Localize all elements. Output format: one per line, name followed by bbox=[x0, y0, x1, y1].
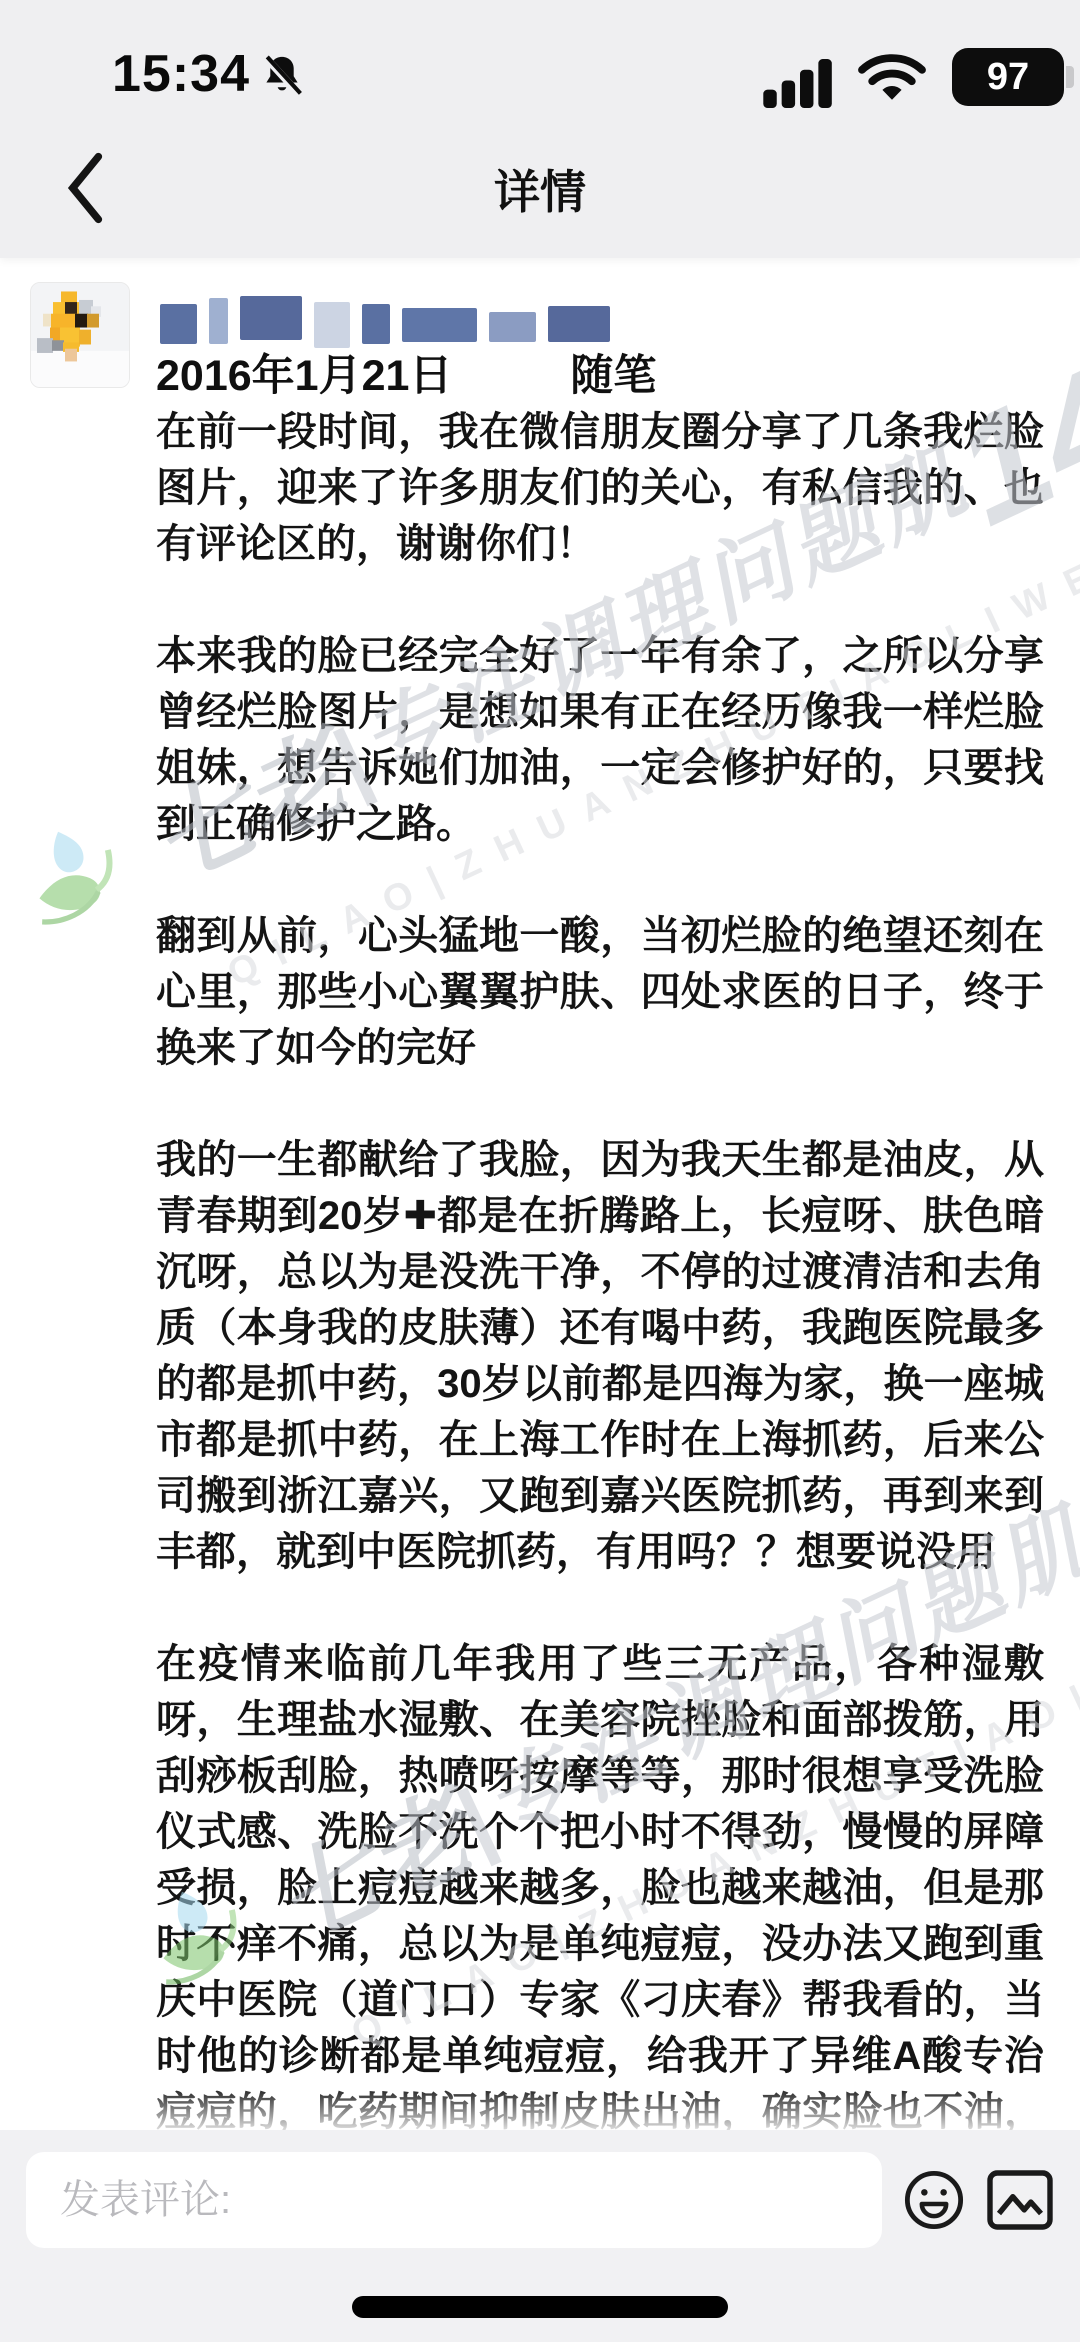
clock: 15:34 bbox=[112, 44, 250, 104]
mute-bell-icon bbox=[256, 50, 308, 102]
post-paragraph: 翻到从前，心头猛地一酸，当初烂脸的绝望还刻在心里，那些小心翼翼护肤、四处求医的日… bbox=[156, 908, 1044, 1076]
post-body: 在前一段时间，我在微信朋友圈分享了几条我烂脸图片，迎来了许多朋友们的关心，有私信… bbox=[156, 404, 1044, 2308]
avatar-pixel-image bbox=[31, 283, 130, 388]
avatar[interactable] bbox=[30, 282, 130, 388]
battery-nub bbox=[1066, 66, 1074, 88]
wifi-icon bbox=[856, 52, 928, 108]
photo-icon[interactable] bbox=[984, 2166, 1056, 2234]
page-title: 详情 bbox=[0, 156, 1080, 222]
post-paragraph: 在前一段时间，我在微信朋友圈分享了几条我烂脸图片，迎来了许多朋友们的关心，有私信… bbox=[156, 404, 1044, 572]
post-paragraph: 我的一生都献给了我脸，因为我天生都是油皮，从青春期到20岁✚都是在折腾路上，长痘… bbox=[156, 1132, 1044, 1580]
post-date: 2016年1月21日 bbox=[156, 352, 452, 400]
nav-bar: 详情 bbox=[0, 120, 1080, 258]
emoji-icon[interactable] bbox=[900, 2166, 968, 2234]
phone-screen: 15:34 97 详情 bbox=[0, 0, 1080, 2342]
post-detail: 2016年1月21日随笔 在前一段时间，我在微信朋友圈分享了几条我烂脸图片，迎来… bbox=[0, 258, 1080, 2342]
status-bar: 15:34 97 bbox=[0, 0, 1080, 120]
battery-indicator: 97 bbox=[952, 48, 1064, 106]
post-meta: 2016年1月21日随笔 bbox=[156, 342, 656, 403]
bottom-fade bbox=[0, 2085, 1080, 2135]
comment-input[interactable] bbox=[26, 2152, 882, 2248]
battery-percent: 97 bbox=[987, 56, 1029, 99]
cellular-signal-icon bbox=[760, 56, 840, 108]
post-category: 随笔 bbox=[570, 352, 656, 400]
post-paragraph: 本来我的脸已经完全好了一年有余了，之所以分享曾经烂脸图片，是想如果有正在经历像我… bbox=[156, 628, 1044, 852]
home-indicator[interactable] bbox=[352, 2296, 728, 2318]
